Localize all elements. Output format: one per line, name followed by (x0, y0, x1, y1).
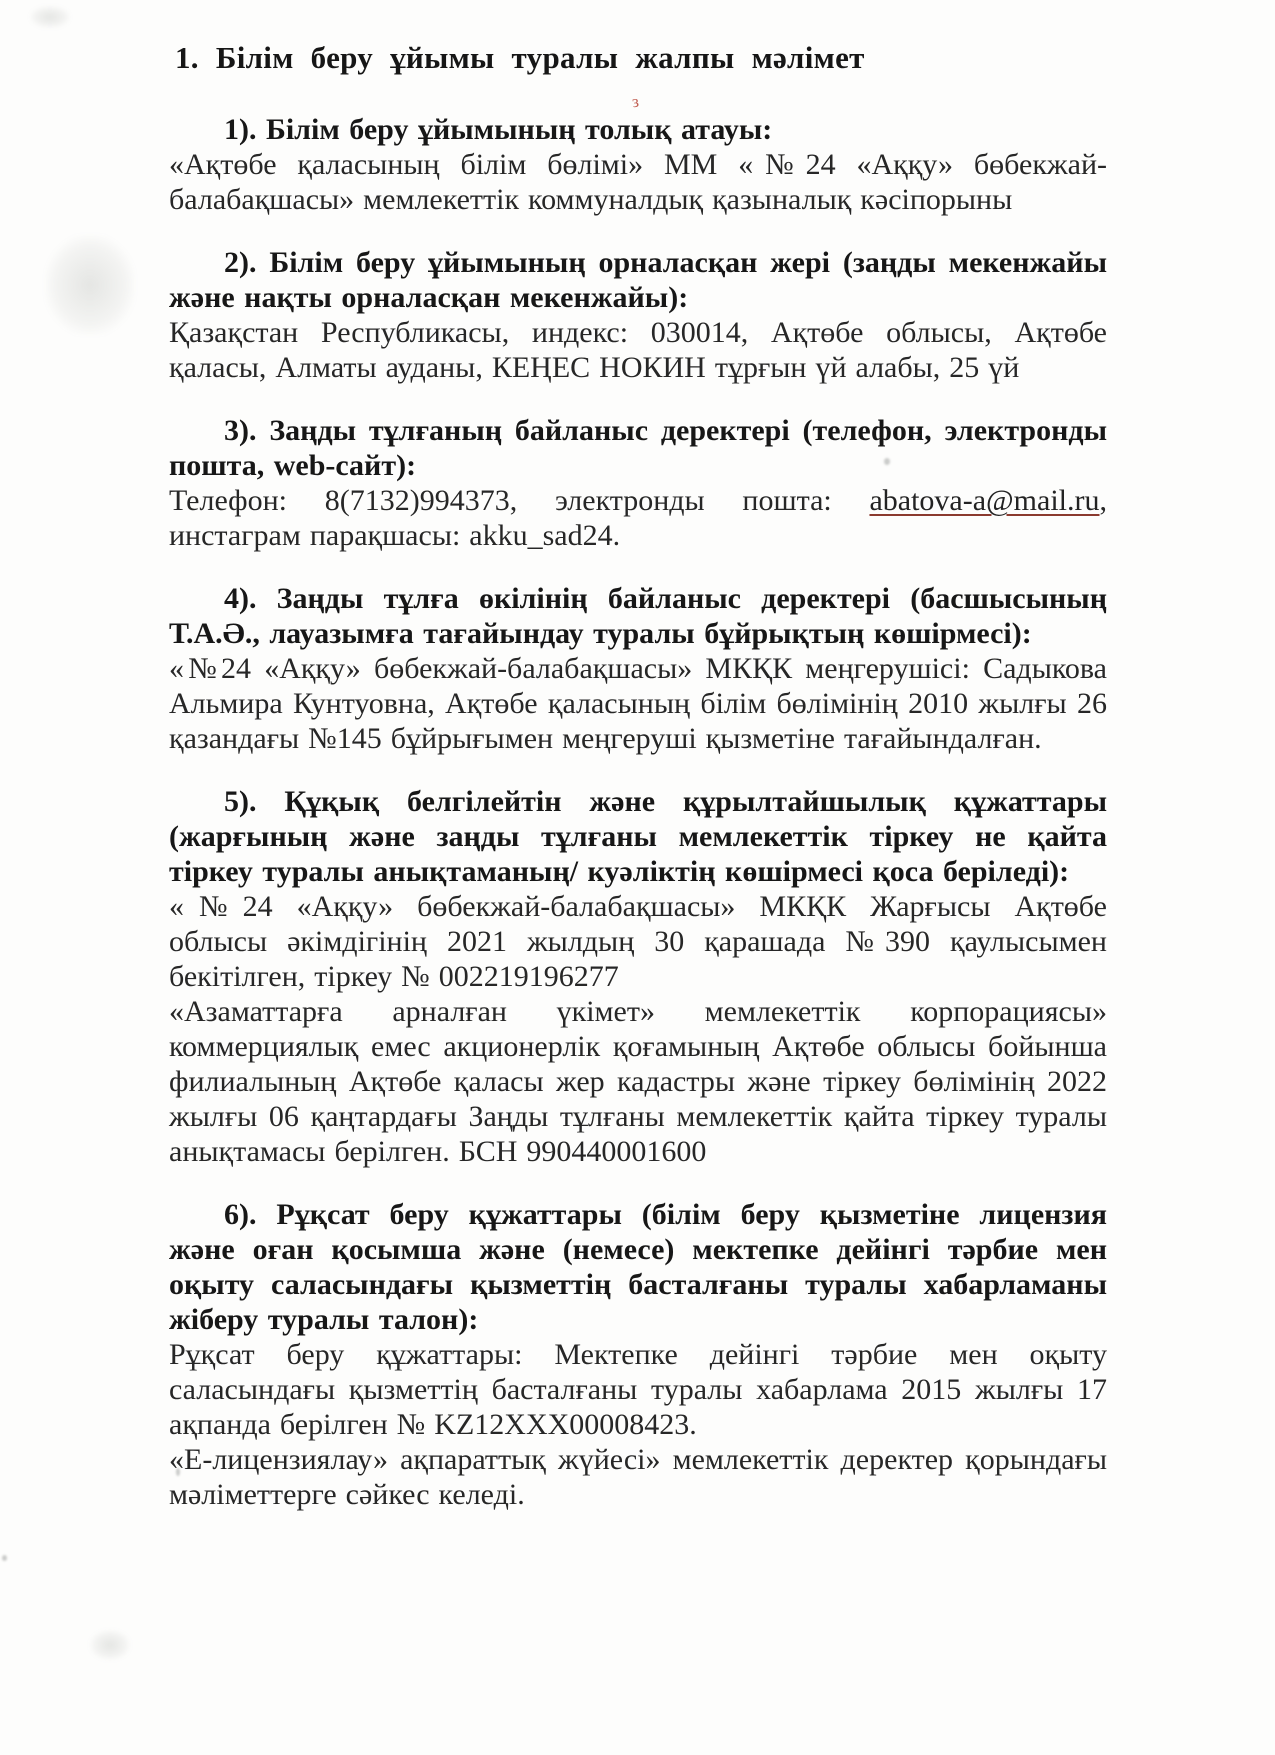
document-content: 1. Білім беру ұйымы туралы жалпы мәлімет… (169, 38, 1107, 1512)
section-1-body: «Ақтөбе қаласының білім бөлімі» ММ «№24 … (169, 147, 1107, 217)
section-founding-documents: 5). Құқық белгілейтін және құрылтайшылық… (169, 784, 1107, 1169)
section-6-body-2: «Е-лицензиялау» ақпараттық жүйесі» мемле… (169, 1442, 1107, 1512)
section-2-heading: 2). Білім беру ұйымының орналасқан жері … (169, 245, 1107, 315)
section-permits: 6). Рұқсат беру құжаттары (білім беру қы… (169, 1197, 1107, 1512)
scan-smudge (90, 1630, 130, 1660)
section-5-body-2: «Азаматтарға арналған үкімет» мемлекетті… (169, 994, 1107, 1169)
scan-speck (2, 1555, 7, 1561)
section-6-body-1: Рұқсат беру құжаттары: Мектепке дейінгі … (169, 1337, 1107, 1442)
section-representative: 4). Заңды тұлға өкілінің байланыс дерект… (169, 581, 1107, 756)
scan-smudge (45, 235, 135, 335)
section-4-body: «№24 «Аққу» бөбекжай-балабақшасы» МКҚК м… (169, 651, 1107, 756)
section-1-heading: 1). Білім беру ұйымының толық атауы: (169, 112, 1107, 147)
email-link[interactable]: abatova-a@mail.ru (869, 484, 1099, 517)
section-3-body: Телефон: 8(7132)994373, электронды пошта… (169, 483, 1107, 553)
section-contacts: 3). Заңды тұлғаның байланыс деректері (т… (169, 413, 1107, 553)
page-title: 1. Білім беру ұйымы туралы жалпы мәлімет (175, 38, 1107, 78)
section-full-name: 1). Білім беру ұйымының толық атауы: «Ақ… (169, 112, 1107, 217)
section-location: 2). Білім беру ұйымының орналасқан жері … (169, 245, 1107, 385)
contact-prefix-text: Телефон: 8(7132)994373, электронды пошта… (169, 484, 869, 517)
scan-smudge (30, 6, 70, 28)
section-6-heading: 6). Рұқсат беру құжаттары (білім беру қы… (169, 1197, 1107, 1337)
section-3-heading: 3). Заңды тұлғаның байланыс деректері (т… (169, 413, 1107, 483)
document-page: з 1. Білім беру ұйымы туралы жалпы мәлім… (0, 0, 1275, 1755)
section-5-heading: 5). Құқық белгілейтін және құрылтайшылық… (169, 784, 1107, 889)
section-5-body-1: «№24 «Аққу» бөбекжай-балабақшасы» МКҚК Ж… (169, 889, 1107, 994)
section-4-heading: 4). Заңды тұлға өкілінің байланыс дерект… (169, 581, 1107, 651)
section-2-body: Қазақстан Республикасы, индекс: 030014, … (169, 315, 1107, 385)
